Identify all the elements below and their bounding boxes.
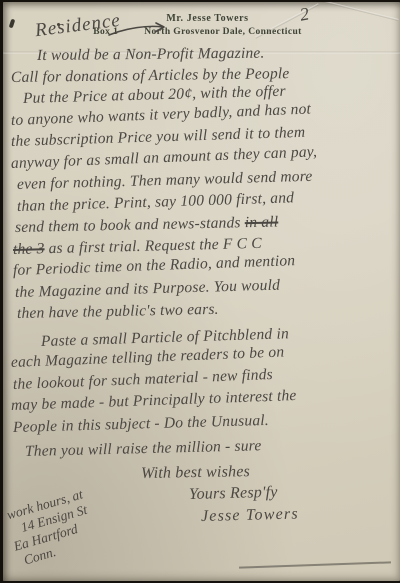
struck-text: in all (245, 213, 279, 231)
handwritten-text: send them to book and news-stands (15, 214, 245, 236)
handwritten-text: It would be a Non-Profit Magazine. (37, 45, 265, 64)
signature: Jesse Towers (201, 500, 400, 527)
letter-page: Mr. Jesse Towers Box 1 North Grosvenor D… (3, 2, 400, 581)
struck-text: the 3 (13, 240, 45, 258)
handwritten-text: then have the public's two ears. (17, 301, 219, 322)
letter-body: It would be a Non-Profit Magazine.Call f… (3, 37, 400, 463)
signature-underline (239, 561, 391, 568)
handwritten-text: People in this subject - Do the Unusual. (13, 411, 269, 435)
arrow-right-icon (107, 20, 169, 45)
handwritten-text: Then you will raise the million - sure (25, 437, 262, 460)
